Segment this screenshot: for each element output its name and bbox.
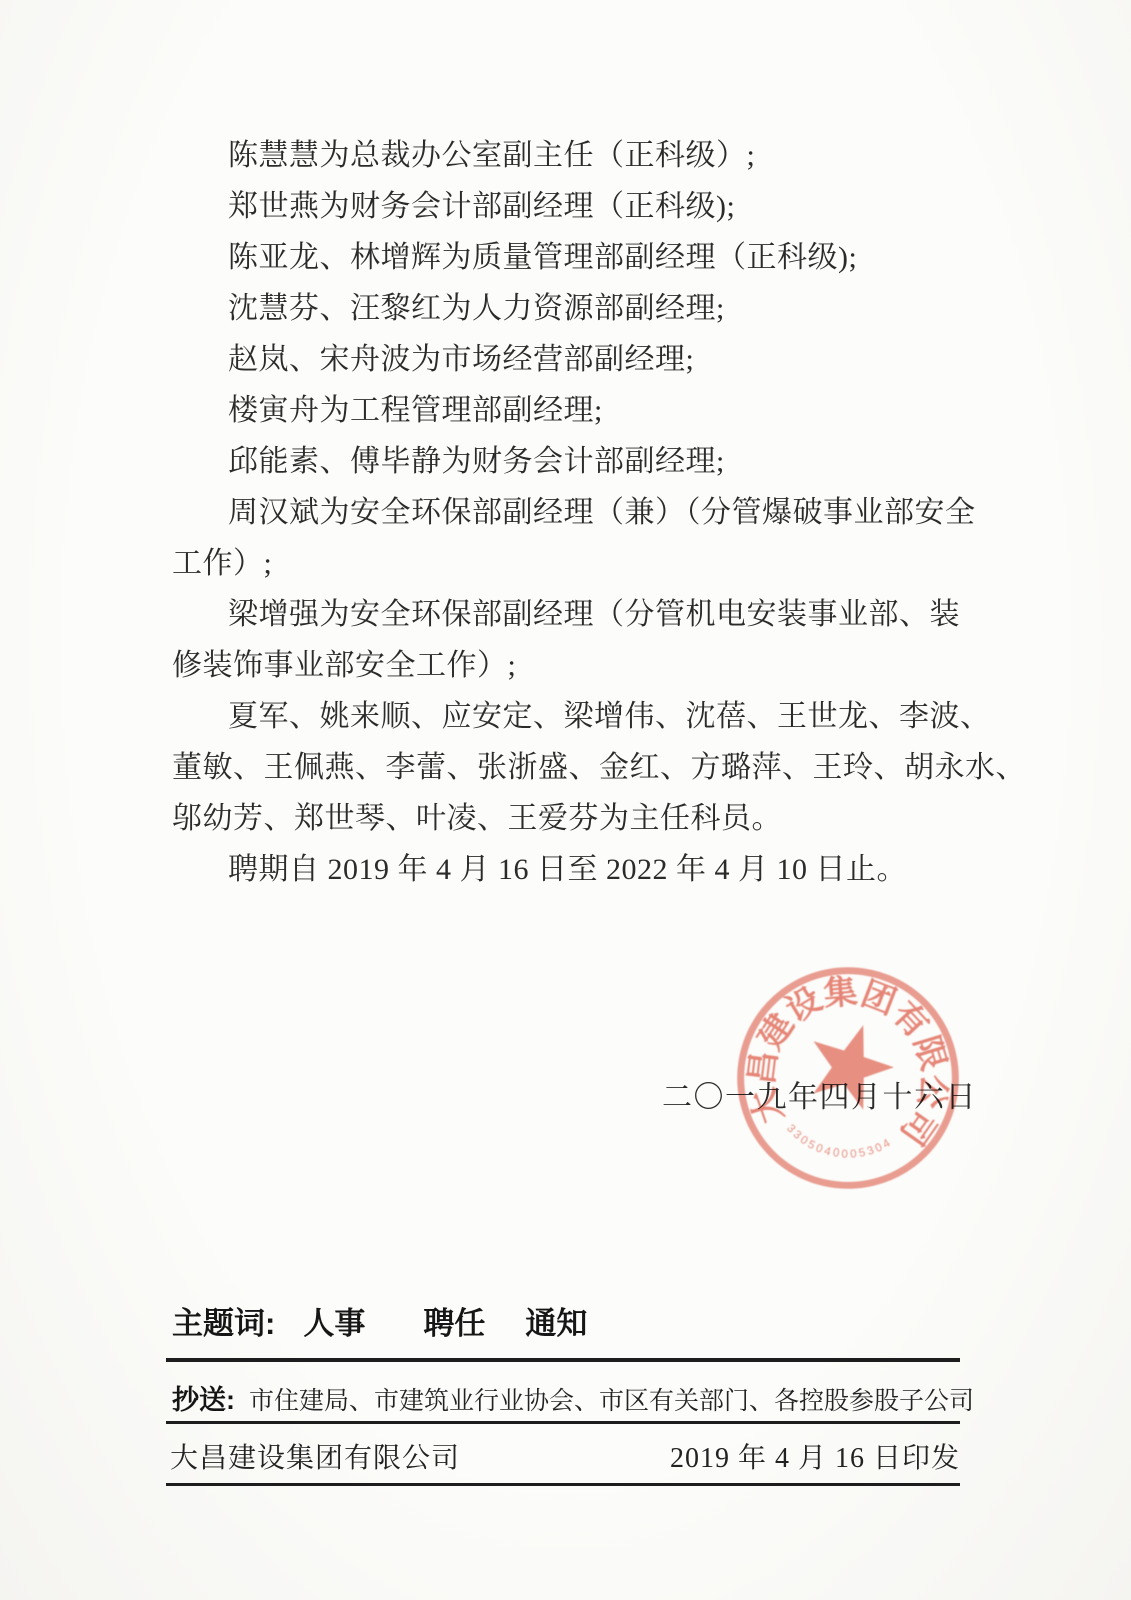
document-page: 陈慧慧为总裁办公室副主任（正科级）; 郑世燕为财务会计部副经理（正科级); 陈亚…	[0, 0, 1131, 1600]
body-line: 沈慧芬、汪黎红为人力资源部副经理;	[172, 283, 972, 334]
divider-line	[166, 1421, 960, 1424]
body-line: 邬幼芳、郑世琴、叶凌、王爱芬为主任科员。	[172, 793, 972, 844]
body-line: 郑世燕为财务会计部副经理（正科级);	[172, 181, 972, 232]
subject-term: 聘任	[423, 1306, 485, 1341]
body-line: 夏军、姚来顺、应安定、梁增伟、沈蓓、王世龙、李波、	[172, 691, 972, 742]
body-line: 聘期自 2019 年 4 月 16 日至 2022 年 4 月 10 日止。	[172, 844, 972, 895]
divider-line	[166, 1358, 960, 1362]
body-line: 邱能素、傅毕静为财务会计部副经理;	[172, 436, 972, 487]
divider-line	[166, 1483, 960, 1486]
body-line: 董敏、王佩燕、李蕾、张浙盛、金红、方璐萍、王玲、胡永水、	[172, 742, 972, 793]
subject-label: 主题词:	[172, 1306, 275, 1341]
print-date: 2019 年 4 月 16 日印发	[670, 1436, 960, 1476]
document-body: 陈慧慧为总裁办公室副主任（正科级）; 郑世燕为财务会计部副经理（正科级); 陈亚…	[172, 130, 972, 895]
issuer-name: 大昌建设集团有限公司	[170, 1436, 460, 1476]
body-line: 陈慧慧为总裁办公室副主任（正科级）;	[172, 130, 972, 181]
body-line: 工作）;	[172, 538, 972, 589]
seal-graphic: 大昌建设集团有限公司 3305040005304	[718, 948, 978, 1208]
body-line: 周汉斌为安全环保部副经理（兼）（分管爆破事业部安全	[172, 487, 972, 538]
body-line: 赵岚、宋舟波为市场经营部副经理;	[172, 334, 972, 385]
cc-label: 抄送:	[172, 1385, 235, 1415]
official-seal: 大昌建设集团有限公司 3305040005304	[718, 948, 978, 1208]
seal-code: 3305040005304	[781, 1122, 896, 1168]
body-line: 修装饰事业部安全工作）;	[172, 640, 972, 691]
cc-row: 抄送:市住建局、市建筑业行业协会、市区有关部门、各控股参股子公司	[172, 1378, 974, 1417]
subject-term: 通知	[525, 1306, 587, 1341]
star-icon	[805, 1019, 899, 1113]
body-line: 楼寅舟为工程管理部副经理;	[172, 385, 972, 436]
subject-keywords-row: 主题词:人事聘任通知	[172, 1298, 587, 1343]
body-line: 梁增强为安全环保部副经理（分管机电安装事业部、装	[172, 589, 972, 640]
body-line: 陈亚龙、林增辉为质量管理部副经理（正科级);	[172, 232, 972, 283]
svg-text:3305040005304: 3305040005304	[781, 1122, 896, 1168]
subject-term: 人事	[303, 1306, 365, 1341]
cc-content: 市住建局、市建筑业行业协会、市区有关部门、各控股参股子公司	[249, 1388, 974, 1415]
